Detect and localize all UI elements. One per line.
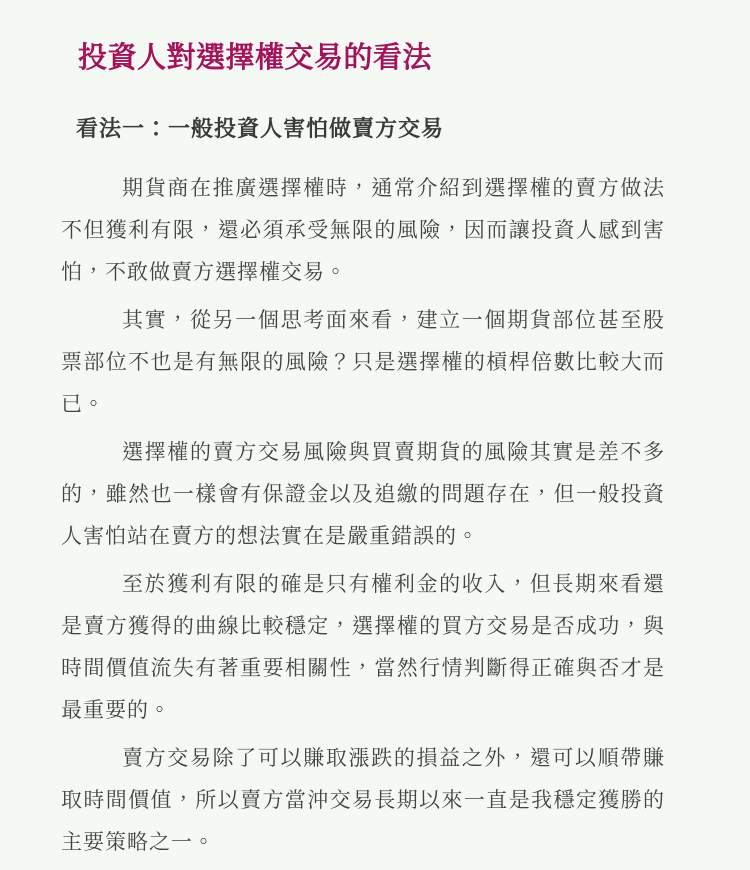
document-page: 投資人對選擇權交易的看法 看法一：一般投資人害怕做賣方交易 期貨商在推廣選擇權時… (0, 0, 750, 870)
paragraph: 期貨商在推廣選擇權時，通常介紹到選擇權的賣方做法不但獲利有限，還必須承受無限的風… (61, 167, 665, 293)
section-heading: 看法一：一般投資人害怕做賣方交易 (76, 116, 690, 142)
body-text: 期貨商在推廣選擇權時，通常介紹到選擇權的賣方做法不但獲利有限，還必須承受無限的風… (61, 167, 665, 863)
page-title: 投資人對選擇權交易的看法 (78, 0, 690, 76)
paragraph: 選擇權的賣方交易風險與買賣期貨的風險其實是差不多的，雖然也一樣會有保證金以及追繳… (61, 431, 665, 557)
paragraph: 其實，從另一個思考面來看，建立一個期貨部位甚至股票部位不也是有無限的風險？只是選… (61, 299, 665, 425)
paragraph: 至於獲利有限的確是只有權利金的收入，但長期來看還是賣方獲得的曲線比較穩定，選擇權… (61, 563, 665, 731)
paragraph: 賣方交易除了可以賺取漲跌的損益之外，還可以順帶賺取時間價值，所以賣方當沖交易長期… (61, 737, 665, 863)
